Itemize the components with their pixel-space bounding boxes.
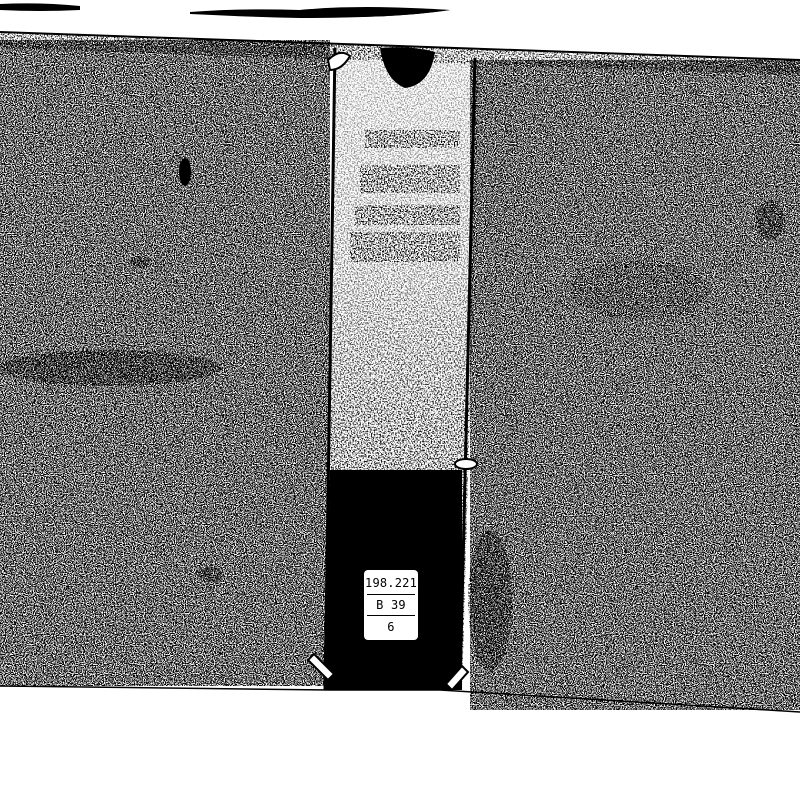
call-number-label-inner: 198.221 B 39 6 [364,570,418,640]
call-number-line-3: 6 [367,616,415,637]
book-binding-scan [0,0,800,800]
call-number-label: 198.221 B 39 6 [360,566,422,644]
background-smudges [0,3,450,18]
call-number-line-1: 198.221 [367,573,415,595]
call-number-line-2: B 39 [367,595,415,617]
